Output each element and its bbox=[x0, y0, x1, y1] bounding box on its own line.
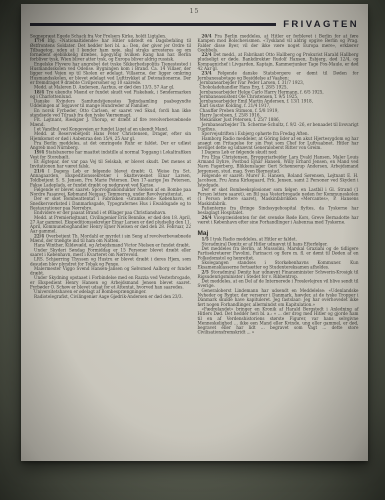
right-column: 20/4 Fra Berlin meddeles, at Hitler er f… bbox=[198, 34, 359, 335]
news-entry: Generaloberst Lindemann har udsendt en M… bbox=[198, 288, 359, 307]
news-entry: Følgende er saaret: Murer E. Hansen, Rol… bbox=[198, 173, 359, 187]
entry-date: 18/4 bbox=[34, 89, 46, 94]
news-entry: Patienterne fra Øringe Sindssygehospital… bbox=[198, 206, 359, 215]
text-area: Sognepræst Egede Schack fra Vor Frelsers… bbox=[30, 34, 359, 461]
news-entry: 21/4 I Dagens Løb er følgende blevet dræ… bbox=[30, 169, 191, 188]
news-entry: «Fædrelandet» bringer en Kronik af Haral… bbox=[198, 307, 359, 335]
masthead-title: FRIVAGTEN bbox=[283, 19, 359, 30]
page-number: 15 bbox=[30, 8, 359, 16]
entry-date: 22/4 bbox=[34, 233, 46, 238]
news-entry: Det meddeles fra Berlin, at Mussolini, M… bbox=[198, 247, 359, 261]
news-entry: Medd. at Premierløjtnant, Civilingeniør … bbox=[30, 215, 191, 234]
news-entry: 17/4 Iflg. «Nationaltidende» har Hitler … bbox=[30, 39, 191, 62]
photo-background: 15 FRIVAGTEN Sognepræst Egede Schack fra… bbox=[0, 0, 385, 500]
maj-entries: 1/5 I tysk Radio meddeles, at Hitler er … bbox=[198, 237, 359, 335]
columns: Sognepræst Egede Schack fra Vor Frelsers… bbox=[30, 34, 359, 335]
entry-date: 26/4 bbox=[202, 215, 214, 220]
entry-date: 17/4 bbox=[34, 38, 48, 43]
masthead-rule bbox=[30, 23, 276, 26]
entry-date: 22/4 bbox=[202, 52, 214, 57]
april-entries: 20/4 Fra Berlin meddeles, at Hitler er f… bbox=[198, 34, 359, 225]
entry-date: 21/4 bbox=[34, 168, 48, 173]
news-entry: Engelske Flyvere har angrebet det tyske … bbox=[30, 62, 191, 85]
news-entry: Fru Elna Christensen, Bryggeriarbejder L… bbox=[198, 155, 359, 174]
entry-date: 23/4 bbox=[202, 71, 218, 76]
news-entry: Danske Kvinders Samfundstjenestes Tøjind… bbox=[30, 99, 191, 108]
news-entry: 20/4 Fra Berlin meddeles, at Hitler er f… bbox=[198, 34, 359, 53]
news-entry: Hamborg Radio meddeler, at Göring lider … bbox=[198, 136, 359, 150]
news-entry: Det meddeles, at en Del af de Internered… bbox=[198, 279, 359, 288]
news-entry: Radiotelegrafist, Civilingeniør Aage Gjø… bbox=[30, 294, 191, 299]
entry-date: 19/4 bbox=[34, 150, 46, 155]
news-entry: Skolegangen standses i Storkøbenhavns Ko… bbox=[198, 260, 359, 269]
entry-date: 20/4 bbox=[202, 34, 215, 39]
entry-date: 2/5 bbox=[202, 269, 211, 274]
magazine-page: 15 FRIVAGTEN Sognepræst Egede Schack fra… bbox=[21, 4, 368, 461]
news-entry: Der er sket Bombeattentat i Fabrikken «G… bbox=[30, 197, 191, 211]
news-entry: 26/4 Vicepræsidenten for det svenske Rød… bbox=[198, 215, 359, 224]
news-entry: Under Skydning opstaaet i Forbindelse me… bbox=[30, 276, 191, 290]
news-entry: 22/4 Det medd., at Fabrikant Otto Hallbe… bbox=[198, 53, 359, 72]
masthead-row: FRIVAGTEN bbox=[30, 19, 359, 29]
news-entry: Et Ægtepar, der var paa Vej til Selskab,… bbox=[30, 160, 191, 169]
left-column: Sognepræst Egede Schack fra Vor Frelsers… bbox=[30, 34, 191, 335]
section-heading-maj: Maj bbox=[198, 231, 359, 236]
news-entry: Der er sket Bombeeksplosioner som følger… bbox=[198, 187, 359, 206]
